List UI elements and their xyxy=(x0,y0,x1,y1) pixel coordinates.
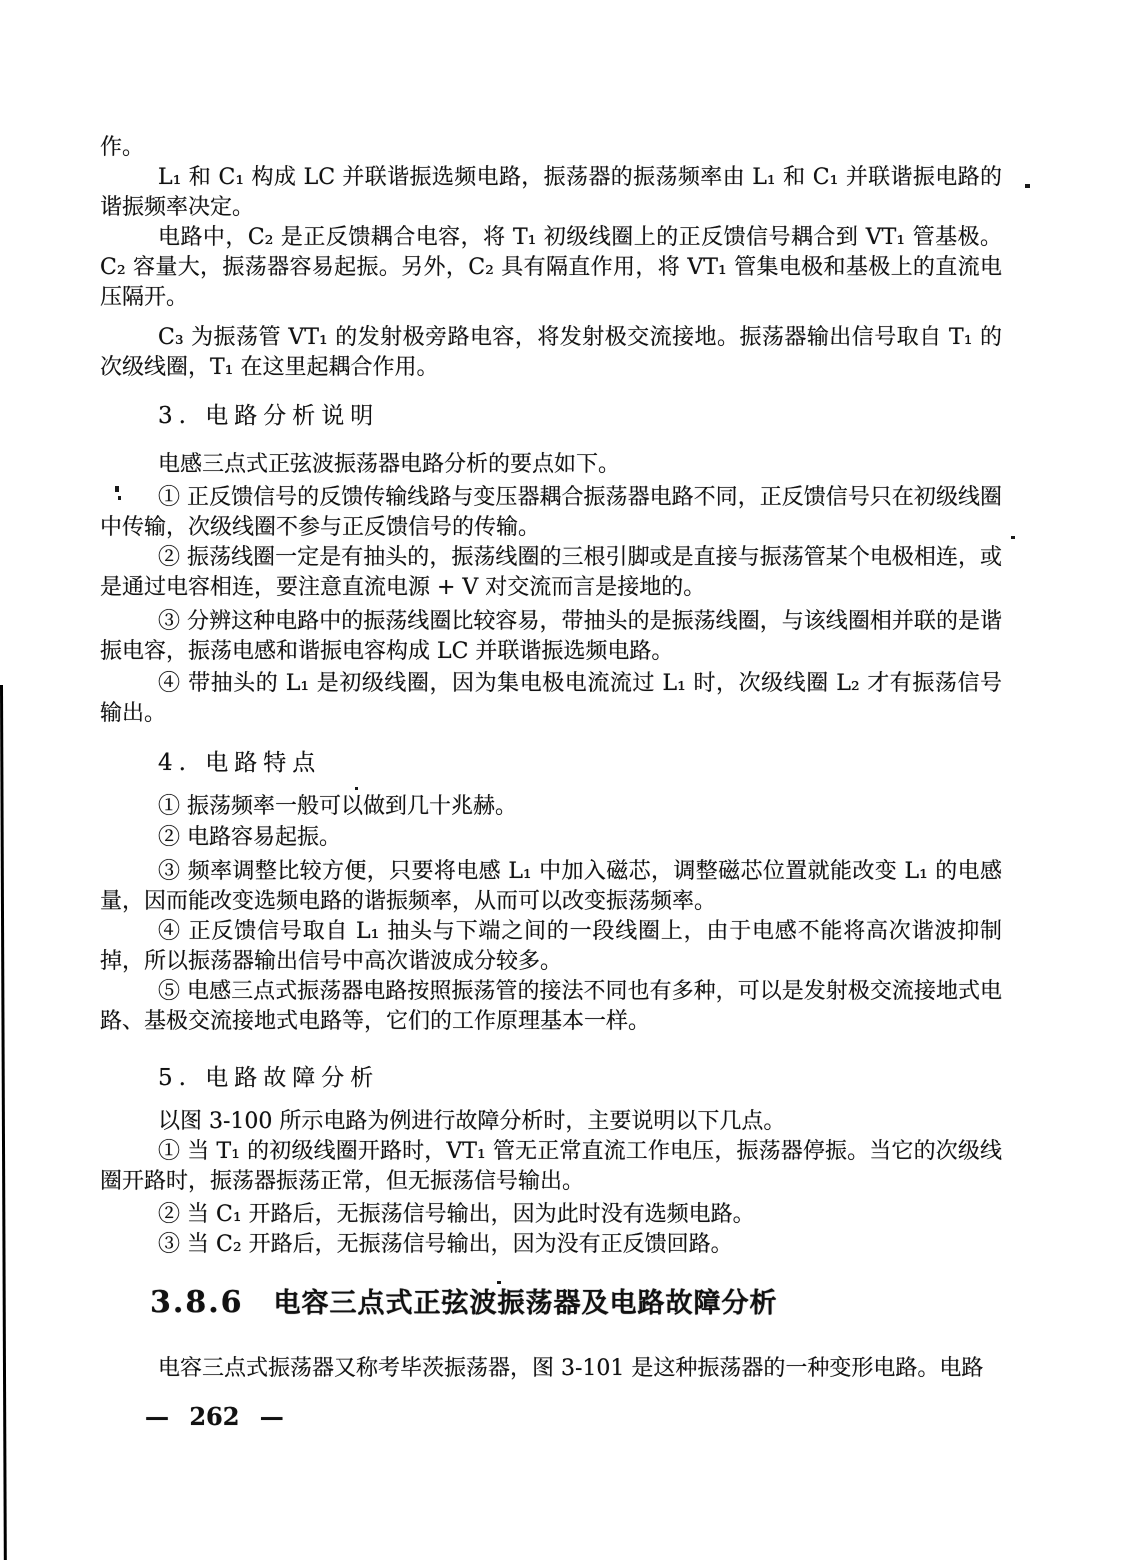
paragraph-continuation: 作。 xyxy=(100,133,1002,163)
scan-speck xyxy=(1025,184,1030,188)
list-item-paragraph: ② 电路容易起振。 xyxy=(100,823,1002,853)
scan-speck xyxy=(1011,536,1015,539)
scan-speck xyxy=(115,486,119,492)
scan-speck xyxy=(355,787,358,790)
list-item-paragraph: ③ 分辨这种电路中的振荡线圈比较容易，带抽头的是振荡线圈，与该线圈相并联的是谐振… xyxy=(100,607,1002,667)
list-item-paragraph: ② 当 C₁ 开路后，无振荡信号输出，因为此时没有选频电路。 xyxy=(100,1200,1002,1230)
subheading-circuit-fault-analysis: 5. 电路故障分析 xyxy=(158,1063,1002,1093)
list-item-paragraph: ① 正反馈信号的反馈传输线路与变压器耦合振荡器电路不同，正反馈信号只在初级线圈中… xyxy=(100,483,1002,543)
section-number: 3.8.6 xyxy=(150,1285,244,1320)
paragraph: 以图 3-100 所示电路为例进行故障分析时，主要说明以下几点。 xyxy=(100,1107,1002,1137)
section-heading: 3.8.6电容三点式正弦波振荡器及电路故障分析 xyxy=(150,1284,1002,1326)
list-item-paragraph: ④ 正反馈信号取自 L₁ 抽头与下端之间的一段线圈上，由于电感不能将高次谐波抑制… xyxy=(100,917,1002,977)
scan-speck xyxy=(118,496,121,500)
list-item-paragraph: ④ 带抽头的 L₁ 是初级线圈，因为集电极电流流过 L₁ 时，次级线圈 L₂ 才… xyxy=(100,669,1002,729)
list-item-paragraph: ③ 频率调整比较方便，只要将电感 L₁ 中加入磁芯，调整磁芯位置就能改变 L₁ … xyxy=(100,857,1002,917)
list-item-paragraph: ② 振荡线圈一定是有抽头的，振荡线圈的三根引脚或是直接与振荡管某个电极相连，或是… xyxy=(100,543,1002,603)
paragraph: C₃ 为振荡管 VT₁ 的发射极旁路电容，将发射极交流接地。振荡器输出信号取自 … xyxy=(100,323,1002,383)
scan-speck xyxy=(497,1281,501,1284)
section-title: 电容三点式正弦波振荡器及电路故障分析 xyxy=(274,1288,778,1319)
paragraph: L₁ 和 C₁ 构成 LC 并联谐振选频电路，振荡器的振荡频率由 L₁ 和 C₁… xyxy=(100,163,1002,223)
subheading-circuit-features: 4. 电路特点 xyxy=(158,748,1002,778)
scan-binding-line xyxy=(0,685,7,1560)
paragraph: 电路中，C₂ 是正反馈耦合电容，将 T₁ 初级线圈上的正反馈信号耦合到 VT₁ … xyxy=(100,223,1002,313)
subheading-circuit-analysis-notes: 3. 电路分析说明 xyxy=(158,401,1002,431)
paragraph: 电感三点式正弦波振荡器电路分析的要点如下。 xyxy=(100,450,1002,480)
paragraph: 电容三点式振荡器又称考毕茨振荡器，图 3-101 是这种振荡器的一种变形电路。电… xyxy=(100,1354,1002,1384)
list-item-paragraph: ③ 当 C₂ 开路后，无振荡信号输出，因为没有正反馈回路。 xyxy=(100,1230,1002,1260)
text-column: 作。 L₁ 和 C₁ 构成 LC 并联谐振选频电路，振荡器的振荡频率由 L₁ 和… xyxy=(100,133,1002,1432)
list-item-paragraph: ① 当 T₁ 的初级线圈开路时，VT₁ 管无正常直流工作电压，振荡器停振。当它的… xyxy=(100,1137,1002,1197)
scanned-book-page: 作。 L₁ 和 C₁ 构成 LC 并联谐振选频电路，振荡器的振荡频率由 L₁ 和… xyxy=(0,0,1122,1568)
page-number: — 262 — xyxy=(145,1402,1002,1432)
list-item-paragraph: ① 振荡频率一般可以做到几十兆赫。 xyxy=(100,792,1002,822)
list-item-paragraph: ⑤ 电感三点式振荡器电路按照振荡管的接法不同也有多种，可以是发射极交流接地式电路… xyxy=(100,977,1002,1037)
